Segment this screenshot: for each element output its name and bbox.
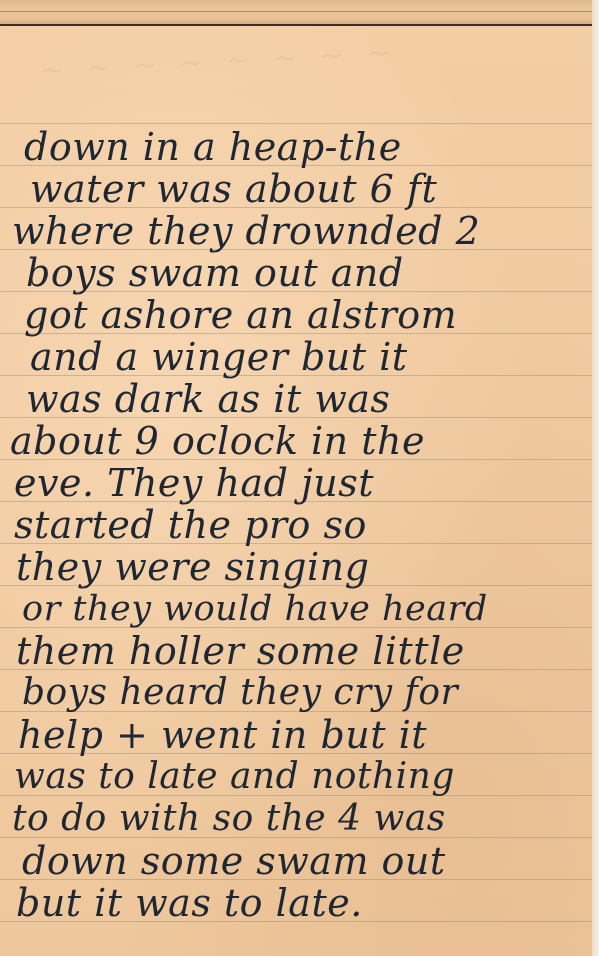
handwritten-line: was dark as it was	[26, 378, 592, 420]
letter-page: ~ ~ ~ ~ ~ ~ ~ ~ down in a heap-the water…	[0, 0, 592, 956]
handwritten-line: or they would have heard	[22, 588, 592, 630]
handwritten-line: help + went in but it	[18, 714, 588, 756]
handwritten-line: eve. They had just	[14, 462, 584, 504]
handwritten-line: and a winger but it	[30, 336, 592, 378]
page-top-fold	[0, 0, 592, 26]
handwritten-line: started the pro so	[14, 504, 584, 546]
handwritten-line: down some swam out	[22, 840, 592, 882]
handwritten-line: to do with so the 4 was	[12, 798, 582, 840]
ruled-line	[0, 123, 592, 124]
handwritten-line: down in a heap-the	[24, 126, 592, 168]
handwritten-line: them holler some little	[16, 630, 586, 672]
page-right-edge	[592, 0, 599, 956]
handwritten-line: boys swam out and	[26, 252, 592, 294]
handwritten-line: they were singing	[16, 546, 586, 588]
handwritten-line: where they drownded 2	[12, 210, 582, 252]
handwritten-line: got ashore an alstrom	[24, 294, 592, 336]
handwritten-line: but it was to late.	[16, 882, 586, 924]
handwritten-line: was to late and nothing	[14, 756, 584, 798]
fold-crease	[0, 11, 592, 12]
handwritten-line: about 9 oclock in the	[10, 420, 580, 462]
handwritten-line: boys heard they cry for	[22, 672, 592, 714]
handwritten-line: water was about 6 ft	[30, 168, 592, 210]
bleed-through-text: ~ ~ ~ ~ ~ ~ ~ ~	[38, 26, 561, 133]
